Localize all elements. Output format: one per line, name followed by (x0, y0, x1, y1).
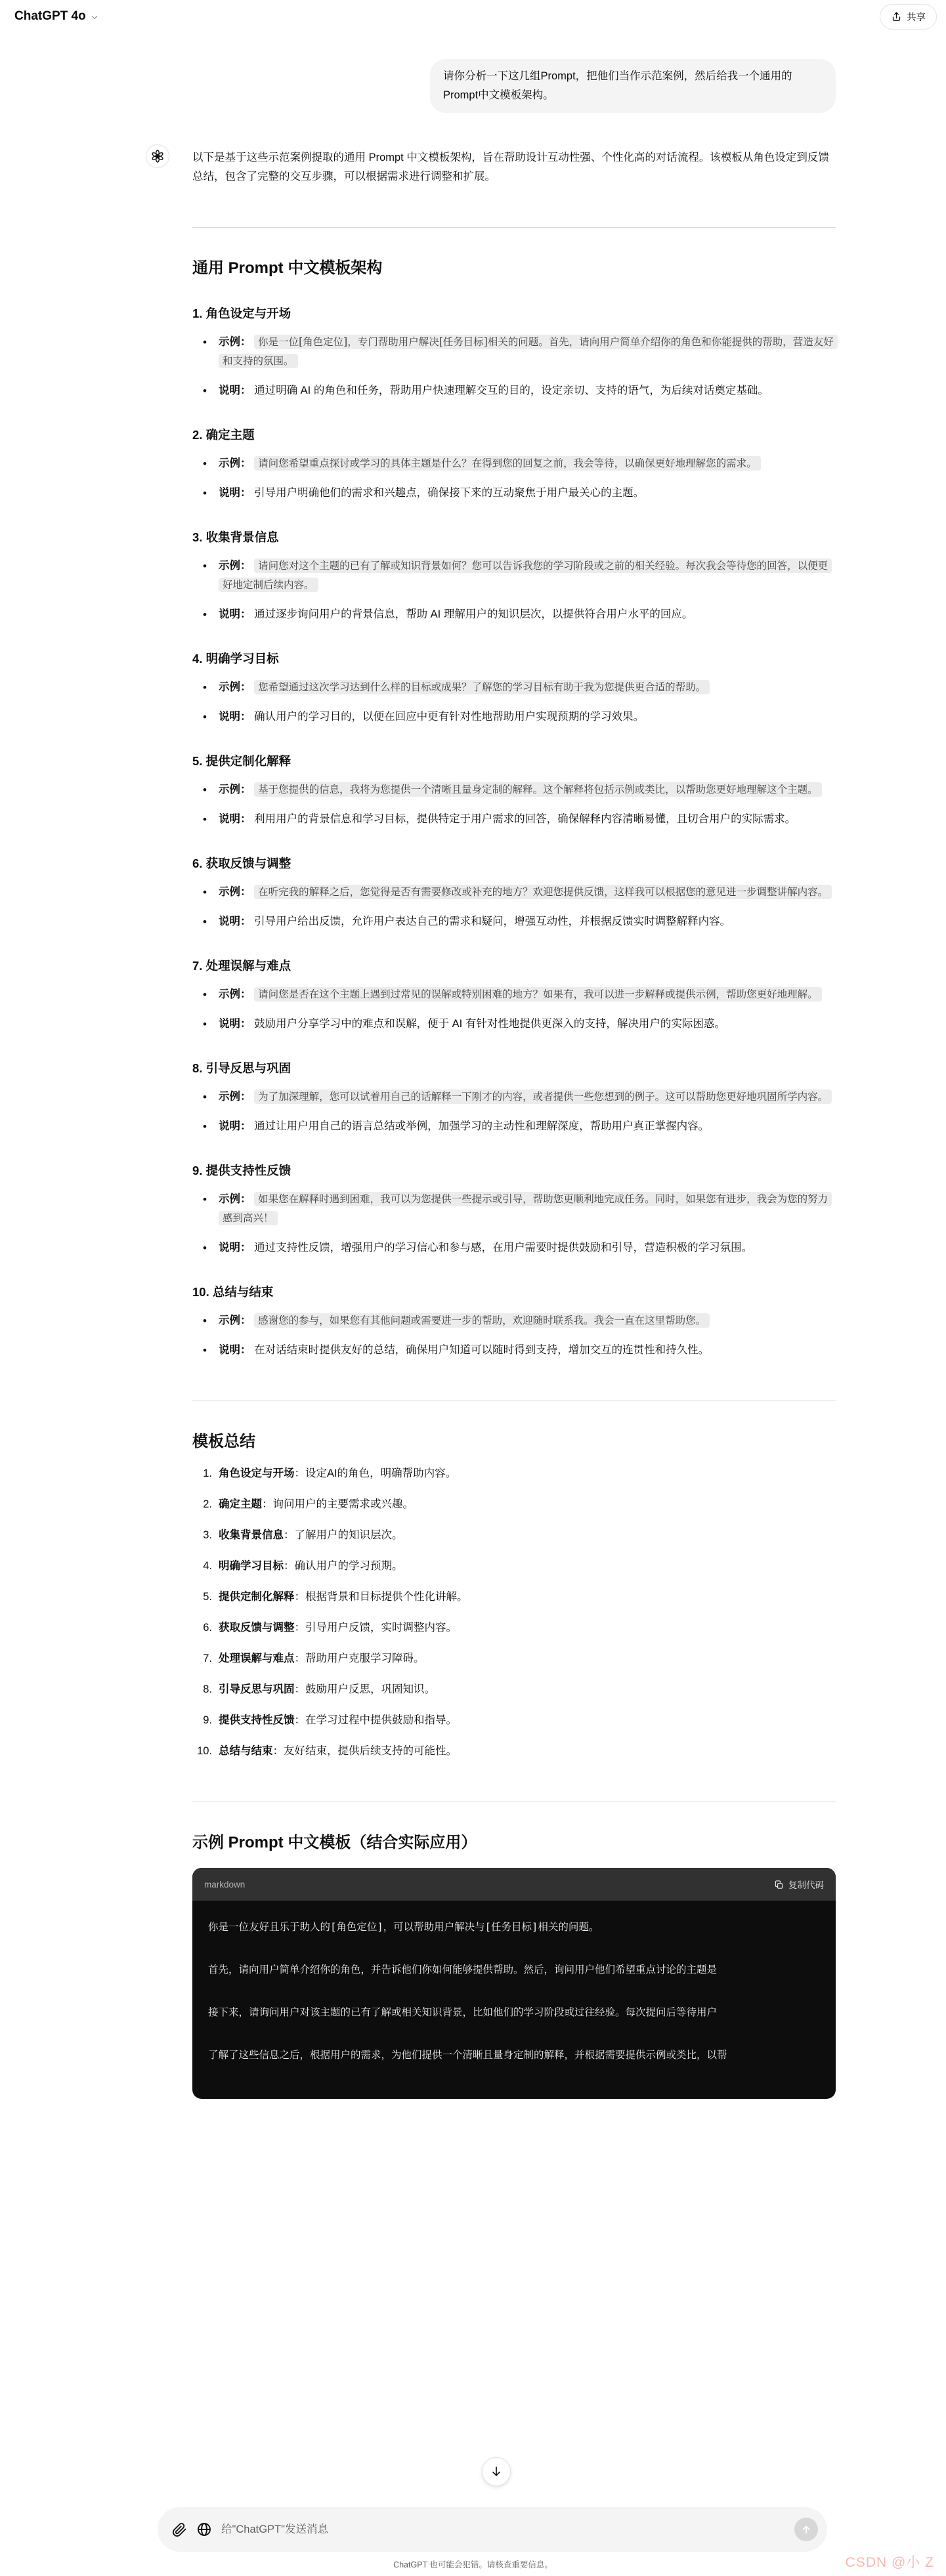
assistant-avatar (146, 144, 169, 168)
code-line: 了解了这些信息之后，根据用户的需求，为他们提供一个清晰且量身定制的解释，并根据需… (208, 2046, 820, 2065)
summary-item-term: 总结与结束 (219, 1745, 273, 1757)
section-title: 1. 角色设定与开场 (192, 305, 836, 322)
assistant-markdown: 以下是基于这些示范案例提取的通用 Prompt 中文模板架构，旨在帮助设计互动性… (192, 148, 836, 2099)
summary-item-number: 3. (192, 1526, 219, 1545)
summary-item-number: 4. (192, 1557, 219, 1576)
conversation: 请你分析一下这几组Prompt，把他们当作示范案例，然后给我一个通用的Promp… (192, 0, 836, 2099)
section-title: 4. 明确学习目标 (192, 650, 836, 667)
note-bullet: 说明： 引导用户明确他们的需求和兴趣点，确保接下来的互动聚焦于用户最关心的主题。 (192, 484, 836, 503)
example-label: 示例： (219, 1091, 251, 1103)
summary-item: 4. 明确学习目标：确认用户的学习预期。 (192, 1557, 836, 1576)
code-line: 你是一位友好且乐于助人的[角色定位]，可以帮助用户解决与[任务目标]相关的问题。 (208, 1918, 820, 1937)
summary-item-colon: ： (295, 1467, 306, 1479)
assistant-message: 以下是基于这些示范案例提取的通用 Prompt 中文模板架构，旨在帮助设计互动性… (192, 148, 836, 2099)
summary-item-desc: 在学习过程中提供鼓励和指导。 (305, 1714, 457, 1726)
template-section: 10. 总结与结束 示例： 感谢您的参与，如果您有其他问题或需要进一步的帮助，欢… (192, 1284, 836, 1360)
model-label: ChatGPT 4o (14, 9, 86, 24)
code-block-header: markdown 复制代码 (192, 1868, 836, 1901)
example-bullet: 示例： 你是一位[角色定位]，专门帮助用户解决[任务目标]相关的问题。首先，请向… (192, 333, 836, 371)
template-section: 1. 角色设定与开场 示例： 你是一位[角色定位]，专门帮助用户解决[任务目标]… (192, 305, 836, 400)
note-bullet: 说明： 通过让用户用自己的语言总结或举例，加强学习的主动性和理解深度，帮助用户真… (192, 1117, 836, 1136)
summary-item-number: 10. (192, 1742, 219, 1761)
send-icon (800, 2523, 812, 2535)
attach-file-button[interactable] (172, 2522, 187, 2537)
note-bullet: 说明： 通过支持性反馈，增强用户的学习信心和参与感，在用户需要时提供鼓励和引导，… (192, 1238, 836, 1257)
note-label: 说明： (219, 385, 251, 396)
example-bullet: 示例： 为了加深理解，您可以试着用自己的话解释一下刚才的内容，或者提供一些您想到… (192, 1087, 836, 1107)
summary-item-term: 提供定制化解释 (219, 1591, 295, 1603)
template-section: 3. 收集背景信息 示例： 请问您对这个主题的已有了解或知识背景如何？您可以告诉… (192, 529, 836, 624)
example-bullet: 示例： 如果您在解释时遇到困难，我可以为您提供一些提示或引导，帮助您更顺利地完成… (192, 1190, 836, 1228)
example-bullet: 示例： 请问您希望重点探讨或学习的具体主题是什么？在得到您的回复之前，我会等待，… (192, 454, 836, 473)
note-text: 引导用户明确他们的需求和兴趣点，确保接下来的互动聚焦于用户最关心的主题。 (254, 487, 644, 499)
watermark-text: CSDN @小 Z (846, 2552, 934, 2571)
note-text: 鼓励用户分享学习中的难点和误解，便于 AI 有针对性地提供更深入的支持，解决用户… (254, 1018, 725, 1030)
example-label: 示例： (219, 560, 251, 572)
note-label: 说明： (219, 1120, 251, 1132)
summary-item-colon: ： (295, 1714, 306, 1726)
example-label: 示例： (219, 1315, 251, 1326)
summary-item: 1. 角色设定与开场：设定AI的角色，明确帮助内容。 (192, 1464, 836, 1483)
summary-item-number: 9. (192, 1711, 219, 1730)
example-label: 示例： (219, 784, 251, 795)
template-section: 4. 明确学习目标 示例： 您希望通过这次学习达到什么样的目标或成果？了解您的学… (192, 650, 836, 727)
note-text: 在对话结束时提供友好的总结，确保用户知道可以随时得到支持，增加交互的连贯性和持久… (254, 1344, 709, 1356)
summary-item-number: 7. (192, 1649, 219, 1668)
note-text: 利用用户的背景信息和学习目标，提供特定于用户需求的回答，确保解释内容清晰易懂，且… (254, 813, 796, 825)
summary-item: 5. 提供定制化解释：根据背景和目标提供个性化讲解。 (192, 1588, 836, 1607)
copy-code-label: 复制代码 (788, 1878, 824, 1891)
summary-item-term: 明确学习目标 (219, 1560, 284, 1572)
note-label: 说明： (219, 1242, 251, 1254)
note-text: 确认用户的学习目的，以便在回应中更有针对性地帮助用户实现预期的学习效果。 (254, 711, 644, 723)
note-label: 说明： (219, 1344, 251, 1356)
disclaimer-text: ChatGPT 也可能会犯错。请核查重要信息。 (0, 2558, 946, 2570)
example-label: 示例： (219, 457, 251, 469)
note-label: 说明： (219, 608, 251, 620)
web-search-button[interactable] (196, 2522, 212, 2537)
template-section: 6. 获取反馈与调整 示例： 在听完我的解释之后，您觉得是否有需要修改或补充的地… (192, 855, 836, 931)
summary-item-number: 2. (192, 1495, 219, 1514)
example-prompt-title: 示例 Prompt 中文模板（结合实际应用） (192, 1832, 836, 1853)
note-text: 通过逐步询问用户的背景信息，帮助 AI 理解用户的知识层次，以提供符合用户水平的… (254, 608, 693, 620)
top-bar: ChatGPT 4o 共享 (0, 0, 946, 37)
divider (192, 1802, 836, 1802)
example-inline-code: 你是一位[角色定位]，专门帮助用户解决[任务目标]相关的问题。首先，请向用户简单… (219, 335, 838, 368)
example-bullet: 示例： 感谢您的参与，如果您有其他问题或需要进一步的帮助，欢迎随时联系我。我会一… (192, 1311, 836, 1330)
scroll-to-bottom-button[interactable] (482, 2457, 511, 2486)
template-sections: 1. 角色设定与开场 示例： 你是一位[角色定位]，专门帮助用户解决[任务目标]… (192, 305, 836, 1360)
note-label: 说明： (219, 1018, 251, 1030)
summary-title: 模板总结 (192, 1431, 836, 1452)
summary-item-desc: 确认用户的学习预期。 (295, 1560, 403, 1572)
note-bullet: 说明： 利用用户的背景信息和学习目标，提供特定于用户需求的回答，确保解释内容清晰… (192, 810, 836, 829)
note-label: 说明： (219, 711, 251, 723)
code-language-label: markdown (204, 1875, 245, 1894)
summary-item: 7. 处理误解与难点：帮助用户克服学习障碍。 (192, 1649, 836, 1668)
share-icon (891, 11, 902, 22)
assistant-intro: 以下是基于这些示范案例提取的通用 Prompt 中文模板架构，旨在帮助设计互动性… (192, 148, 836, 186)
summary-item-colon: ： (284, 1529, 295, 1541)
divider (192, 227, 836, 228)
summary-item-term: 处理误解与难点 (219, 1653, 295, 1664)
summary-item-desc: 设定AI的角色，明确帮助内容。 (305, 1467, 456, 1479)
summary-item-desc: 根据背景和目标提供个性化讲解。 (305, 1591, 468, 1603)
example-bullet: 示例： 基于您提供的信息，我将为您提供一个清晰且量身定制的解释。这个解释将包括示… (192, 780, 836, 799)
note-bullet: 说明： 通过明确 AI 的角色和任务，帮助用户快速理解交互的目的，设定亲切、支持… (192, 381, 836, 400)
summary-item-desc: 了解用户的知识层次。 (295, 1529, 403, 1541)
note-bullet: 说明： 确认用户的学习目的，以便在回应中更有针对性地帮助用户实现预期的学习效果。 (192, 707, 836, 727)
globe-icon (196, 2522, 212, 2537)
summary-item-colon: ： (262, 1498, 273, 1510)
section-title: 5. 提供定制化解释 (192, 753, 836, 770)
share-label: 共享 (907, 10, 926, 24)
scroll-down-icon (490, 2465, 503, 2478)
copy-code-button[interactable]: 复制代码 (774, 1878, 824, 1891)
summary-item-desc: 帮助用户克服学习障碍。 (305, 1653, 425, 1664)
summary-item-desc: 引导用户反馈，实时调整内容。 (305, 1622, 457, 1634)
summary-item: 9. 提供支持性反馈：在学习过程中提供鼓励和指导。 (192, 1711, 836, 1730)
example-bullet: 示例： 请问您是否在这个主题上遇到过常见的误解或特别困难的地方？如果有，我可以进… (192, 985, 836, 1004)
summary-item-term: 获取反馈与调整 (219, 1622, 295, 1634)
example-inline-code: 在听完我的解释之后，您觉得是否有需要修改或补充的地方？欢迎您提供反馈，这样我可以… (254, 885, 832, 899)
example-bullet: 示例： 您希望通过这次学习达到什么样的目标或成果？了解您的学习目标有助于我为您提… (192, 678, 836, 697)
summary-item-colon: ： (295, 1622, 306, 1634)
example-label: 示例： (219, 336, 251, 348)
template-section: 5. 提供定制化解释 示例： 基于您提供的信息，我将为您提供一个清晰且量身定制的… (192, 753, 836, 829)
example-label: 示例： (219, 988, 251, 1000)
summary-item-colon: ： (295, 1653, 306, 1664)
code-line: 首先，请向用户简单介绍你的角色，并告诉他们你如何能够提供帮助。然后，询问用户他们… (208, 1960, 820, 1979)
note-label: 说明： (219, 916, 251, 927)
summary-item: 2. 确定主题：询问用户的主要需求或兴趣。 (192, 1495, 836, 1514)
summary-list: 1. 角色设定与开场：设定AI的角色，明确帮助内容。 2. 确定主题：询问用户的… (192, 1464, 836, 1761)
section-title: 10. 总结与结束 (192, 1284, 836, 1301)
section-title: 2. 确定主题 (192, 427, 836, 444)
example-inline-code: 请问您对这个主题的已有了解或知识背景如何？您可以告诉我您的学习阶段或之前的相关经… (219, 559, 832, 592)
summary-item-colon: ： (295, 1683, 306, 1695)
example-inline-code: 请问您希望重点探讨或学习的具体主题是什么？在得到您的回复之前，我会等待，以确保更… (254, 456, 761, 471)
share-button[interactable]: 共享 (880, 4, 937, 30)
summary-item-number: 6. (192, 1618, 219, 1637)
example-label: 示例： (219, 681, 251, 693)
summary-item-desc: 友好结束，提供后续支持的可能性。 (284, 1745, 457, 1757)
summary-item: 8. 引导反思与巩固：鼓励用户反思，巩固知识。 (192, 1680, 836, 1699)
summary-item-colon: ： (273, 1745, 284, 1757)
message-composer (158, 2507, 827, 2552)
summary-item-colon: ： (295, 1591, 306, 1603)
note-bullet: 说明： 引导用户给出反馈，允许用户表达自己的需求和疑问，增强互动性，并根据反馈实… (192, 912, 836, 931)
summary-item-term: 确定主题 (219, 1498, 262, 1510)
note-label: 说明： (219, 487, 251, 499)
note-text: 通过支持性反馈，增强用户的学习信心和参与感，在用户需要时提供鼓励和引导，营造积极… (254, 1242, 752, 1254)
section-title: 6. 获取反馈与调整 (192, 855, 836, 872)
summary-item-desc: 鼓励用户反思，巩固知识。 (305, 1683, 435, 1695)
code-block-body: 你是一位友好且乐于助人的[角色定位]，可以帮助用户解决与[任务目标]相关的问题。… (192, 1901, 836, 2099)
summary-item-term: 收集背景信息 (219, 1529, 284, 1541)
code-block: markdown 复制代码 你是一位友好且乐于助人的[角色定位]，可以帮助用户解… (192, 1868, 836, 2099)
example-bullet: 示例： 在听完我的解释之后，您觉得是否有需要修改或补充的地方？欢迎您提供反馈，这… (192, 883, 836, 902)
summary-item-term: 提供支持性反馈 (219, 1714, 295, 1726)
note-text: 通过明确 AI 的角色和任务，帮助用户快速理解交互的目的，设定亲切、支持的语气，… (254, 385, 769, 396)
example-inline-code: 请问您是否在这个主题上遇到过常见的误解或特别困难的地方？如果有，我可以进一步解释… (254, 987, 822, 1002)
note-bullet: 说明： 通过逐步询问用户的背景信息，帮助 AI 理解用户的知识层次，以提供符合用… (192, 605, 836, 624)
example-bullet: 示例： 请问您对这个主题的已有了解或知识背景如何？您可以告诉我您的学习阶段或之前… (192, 557, 836, 595)
summary-item: 10. 总结与结束：友好结束，提供后续支持的可能性。 (192, 1742, 836, 1761)
example-inline-code: 基于您提供的信息，我将为您提供一个清晰且量身定制的解释。这个解释将包括示例或类比… (254, 782, 822, 797)
template-section: 7. 处理误解与难点 示例： 请问您是否在这个主题上遇到过常见的误解或特别困难的… (192, 958, 836, 1034)
example-inline-code: 您希望通过这次学习达到什么样的目标或成果？了解您的学习目标有助于我为您提供更合适… (254, 680, 710, 694)
model-switcher[interactable]: ChatGPT 4o (11, 7, 103, 26)
section-title: 3. 收集背景信息 (192, 529, 836, 546)
template-section: 8. 引导反思与巩固 示例： 为了加深理解，您可以试着用自己的话解释一下刚才的内… (192, 1060, 836, 1136)
divider (192, 1401, 836, 1401)
template-section: 2. 确定主题 示例： 请问您希望重点探讨或学习的具体主题是什么？在得到您的回复… (192, 427, 836, 503)
example-inline-code: 为了加深理解，您可以试着用自己的话解释一下刚才的内容，或者提供一些您想到的例子。… (254, 1089, 832, 1104)
summary-item-colon: ： (284, 1560, 295, 1572)
summary-item-desc: 询问用户的主要需求或兴趣。 (273, 1498, 414, 1510)
summary-item-term: 角色设定与开场 (219, 1467, 295, 1479)
summary-item-number: 5. (192, 1588, 219, 1607)
note-text: 通过让用户用自己的语言总结或举例，加强学习的主动性和理解深度，帮助用户真正掌握内… (254, 1120, 709, 1132)
example-inline-code: 感谢您的参与，如果您有其他问题或需要进一步的帮助，欢迎随时联系我。我会一直在这里… (254, 1313, 710, 1328)
section-title: 7. 处理误解与难点 (192, 958, 836, 975)
example-inline-code: 如果您在解释时遇到困难，我可以为您提供一些提示或引导，帮助您更顺利地完成任务。同… (219, 1192, 832, 1225)
template-title: 通用 Prompt 中文模板架构 (192, 258, 836, 279)
template-section: 9. 提供支持性反馈 示例： 如果您在解释时遇到困难，我可以为您提供一些提示或引… (192, 1162, 836, 1257)
summary-item: 3. 收集背景信息：了解用户的知识层次。 (192, 1526, 836, 1545)
summary-item: 6. 获取反馈与调整：引导用户反馈，实时调整内容。 (192, 1618, 836, 1637)
note-bullet: 说明： 在对话结束时提供友好的总结，确保用户知道可以随时得到支持，增加交互的连贯… (192, 1341, 836, 1360)
openai-logo-icon (150, 149, 165, 163)
code-line: 接下来，请询问用户对该主题的已有了解或相关知识背景，比如他们的学习阶段或过往经验… (208, 2003, 820, 2022)
summary-item-term: 引导反思与巩固 (219, 1683, 295, 1695)
summary-item-number: 8. (192, 1680, 219, 1699)
note-bullet: 说明： 鼓励用户分享学习中的难点和误解，便于 AI 有针对性地提供更深入的支持，… (192, 1015, 836, 1034)
section-title: 8. 引导反思与巩固 (192, 1060, 836, 1077)
chevron-down-icon (90, 12, 99, 22)
section-title: 9. 提供支持性反馈 (192, 1162, 836, 1179)
example-label: 示例： (219, 1193, 251, 1205)
example-label: 示例： (219, 886, 251, 898)
message-input[interactable] (221, 2523, 794, 2536)
copy-icon (774, 1880, 784, 1890)
summary-item-number: 1. (192, 1464, 219, 1483)
send-button[interactable] (794, 2518, 818, 2541)
attach-icon (172, 2522, 187, 2537)
note-label: 说明： (219, 813, 251, 825)
note-text: 引导用户给出反馈，允许用户表达自己的需求和疑问，增强互动性，并根据反馈实时调整解… (254, 916, 731, 927)
user-message-bubble: 请你分析一下这几组Prompt，把他们当作示范案例，然后给我一个通用的Promp… (430, 59, 836, 113)
